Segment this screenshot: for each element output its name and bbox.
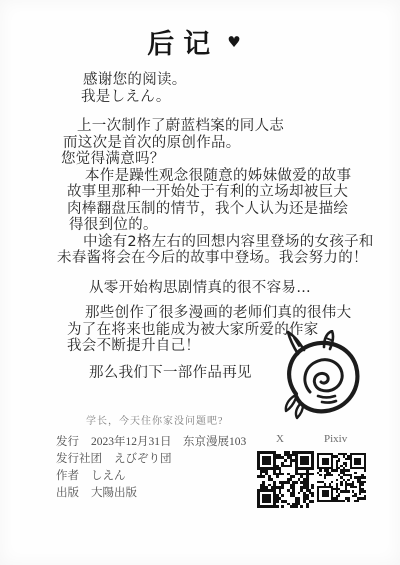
- title-text: 后记: [147, 29, 219, 60]
- colophon-value: えびぞり団: [114, 453, 172, 465]
- handwritten-line: 您觉得满意吗？: [61, 151, 390, 168]
- colophon-label: 作者: [56, 470, 79, 482]
- handwritten-line: 本作是躁性观念很随意的姊妹做爱的故事: [85, 168, 390, 185]
- x-label: X: [276, 433, 284, 445]
- colophon: 发行2023年12月31日 东京漫展103发行社团えびぞり団作者しえん出版大陽出…: [56, 434, 246, 502]
- colophon-label: 出版: [56, 487, 79, 499]
- handwritten-line: 上一次制作了蔚蓝档案的同人志: [77, 118, 390, 135]
- handwritten-line: 肉棒翻盘压制的情节，我个人认为还是描绘: [67, 201, 390, 218]
- handwritten-line: 故事里那种一开始处于有利的立场却被巨大: [67, 184, 390, 201]
- colophon-row: 发行2023年12月31日 东京漫展103: [56, 434, 246, 451]
- handwritten-line: 从零开始构思剧情真的很不容易…: [89, 280, 390, 297]
- page-title: 后记♥: [0, 22, 394, 61]
- handwritten-line: 感谢您的阅读。: [83, 72, 390, 89]
- x-qr-code: [257, 451, 314, 508]
- colophon-row: 作者しえん: [56, 468, 246, 485]
- handwritten-line: 那些创作了很多漫画的老师们真的很伟大: [85, 305, 390, 322]
- handwritten-line: 中途有2格左右的回想内容里登场的女孩子和: [83, 234, 390, 251]
- pixiv-qr-code: [317, 453, 366, 502]
- handwritten-line: 而这次是首次的原创作品。: [63, 135, 390, 152]
- colophon-label: 发行: [56, 436, 79, 448]
- pixiv-label: Pixiv: [324, 433, 347, 445]
- shrimp-mascot-doodle: [266, 330, 370, 422]
- handwritten-line: 我是しえん。: [81, 89, 390, 106]
- preview-caption: 学长，今天住你家没问题吧?: [86, 412, 223, 427]
- handwritten-line: 得很到位的。: [69, 217, 390, 234]
- colophon-row: 出版大陽出版: [56, 485, 246, 502]
- afterword-page: 后记♥ 感谢您的阅读。我是しえん。上一次制作了蔚蓝档案的同人志而这次是首次的原创…: [0, 0, 400, 565]
- colophon-value: しえん: [91, 470, 126, 482]
- colophon-row: 发行社团えびぞり団: [56, 451, 246, 468]
- heart-icon: ♥: [227, 33, 240, 51]
- colophon-value: 大陽出版: [91, 487, 137, 499]
- colophon-value: 2023年12月31日 东京漫展103: [91, 436, 246, 448]
- colophon-label: 发行社团: [56, 453, 102, 465]
- handwritten-line: 未春酱将会在今后的故事中登场。我会努力的！: [57, 250, 390, 267]
